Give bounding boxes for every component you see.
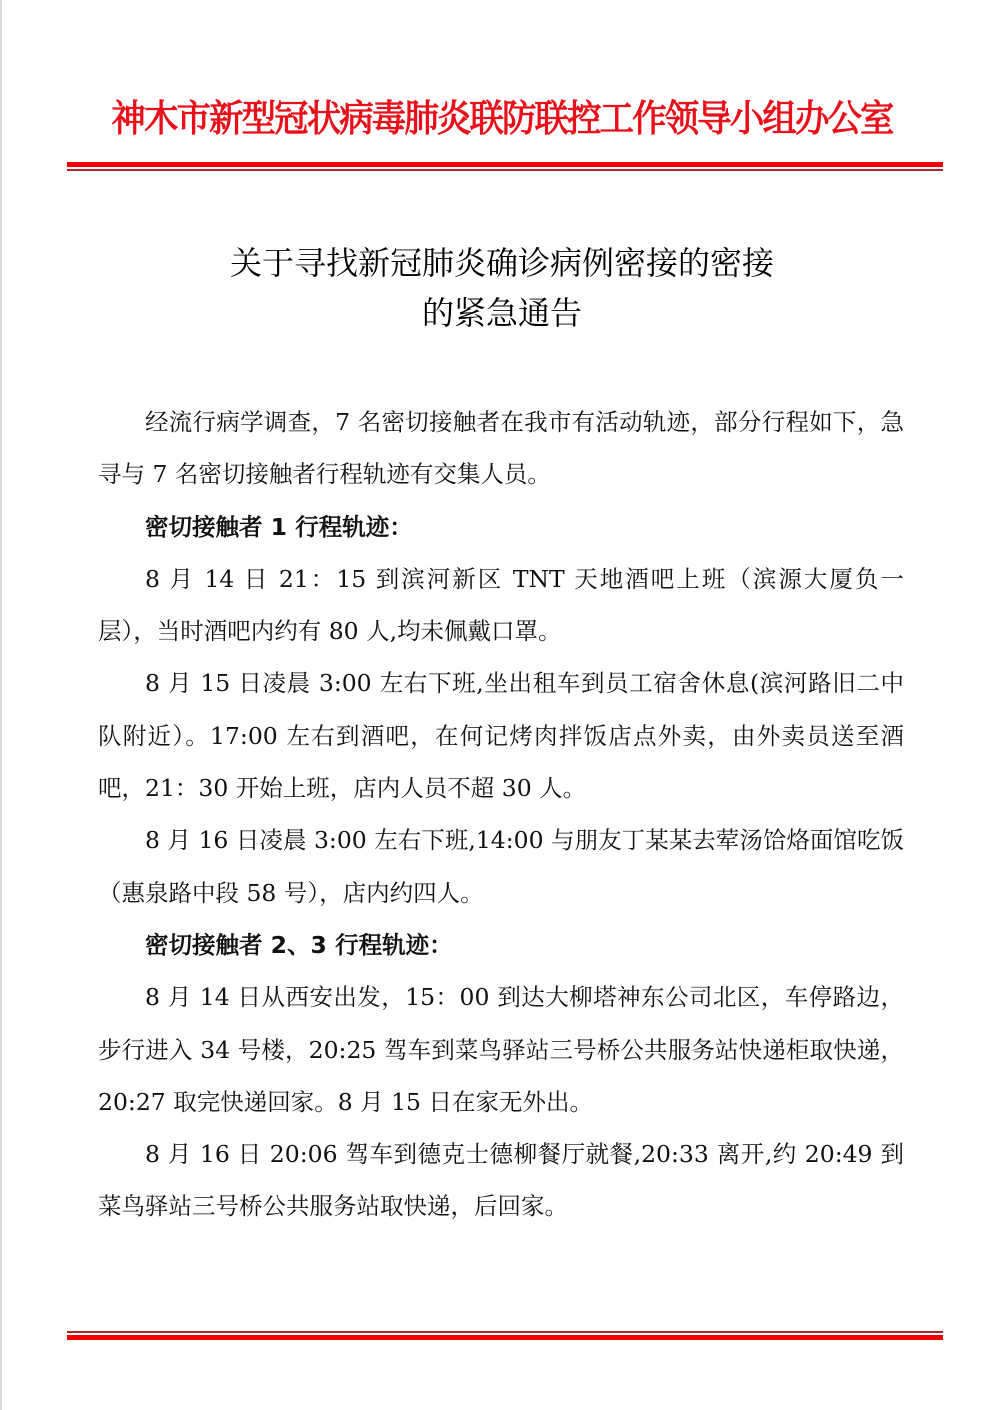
- notice-title: 关于寻找新冠肺炎确诊病例密接的密接 的紧急通告: [102, 238, 902, 338]
- footer-rule-thin: [67, 1331, 943, 1333]
- footer-rule-thick: [67, 1335, 943, 1340]
- header-rule-thin: [67, 169, 943, 171]
- title-line-2: 的紧急通告: [102, 288, 902, 338]
- section-heading-contact-1: 密切接触者 1 行程轨迹：: [98, 501, 904, 553]
- paragraph-contact-2-3-aug14: 8 月 14 日从西安出发，15：00 到达大柳塔神东公司北区，车停路边，步行进…: [98, 971, 904, 1128]
- document-page: 神木市新型冠状病毒肺炎联防联控工作领导小组办公室 关于寻找新冠肺炎确诊病例密接的…: [0, 0, 1001, 1410]
- paragraph-contact-1-aug15: 8 月 15 日凌晨 3:00 左右下班,坐出租车到员工宿舍休息(滨河路旧二中队…: [98, 657, 904, 814]
- paragraph-contact-1-aug14: 8 月 14 日 21：15 到滨河新区 TNT 天地酒吧上班（滨源大厦负一层）…: [98, 553, 904, 658]
- notice-body: 经流行病学调查，7 名密切接触者在我市有活动轨迹，部分行程如下，急寻与 7 名密…: [98, 396, 904, 1233]
- header-rule-thick: [67, 162, 943, 167]
- section-heading-contact-2-3: 密切接触者 2、3 行程轨迹：: [98, 919, 904, 971]
- title-line-1: 关于寻找新冠肺炎确诊病例密接的密接: [102, 238, 902, 288]
- paragraph-contact-2-3-aug16: 8 月 16 日 20:06 驾车到德克士德柳餐厅就餐,20:33 离开,约 2…: [98, 1128, 904, 1233]
- paragraph-intro: 经流行病学调查，7 名密切接触者在我市有活动轨迹，部分行程如下，急寻与 7 名密…: [98, 396, 904, 501]
- org-header: 神木市新型冠状病毒肺炎联防联控工作领导小组办公室: [93, 88, 911, 142]
- paragraph-contact-1-aug16: 8 月 16 日凌晨 3:00 左右下班,14:00 与朋友丁某某去荤汤饸烙面馆…: [98, 814, 904, 919]
